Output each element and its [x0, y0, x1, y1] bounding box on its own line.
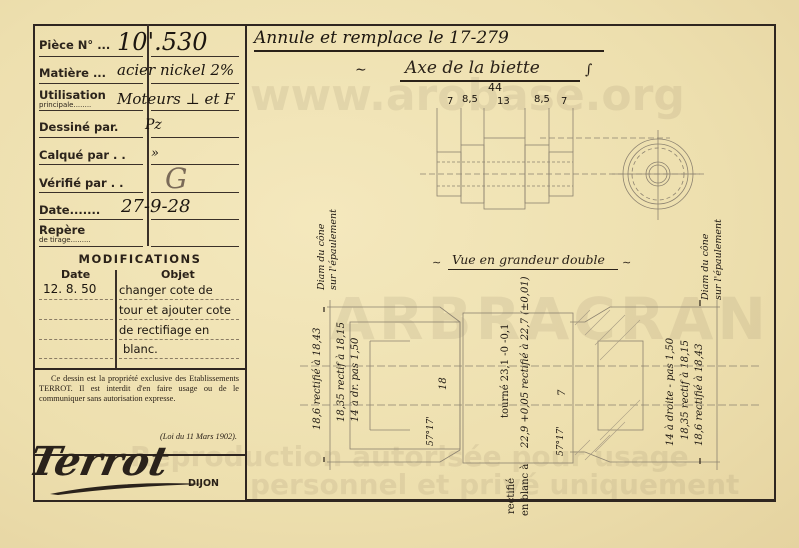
technical-drawing — [0, 0, 799, 548]
pin-section-view — [300, 300, 760, 470]
pin-end-view — [612, 130, 704, 220]
section-hatch — [575, 310, 640, 460]
